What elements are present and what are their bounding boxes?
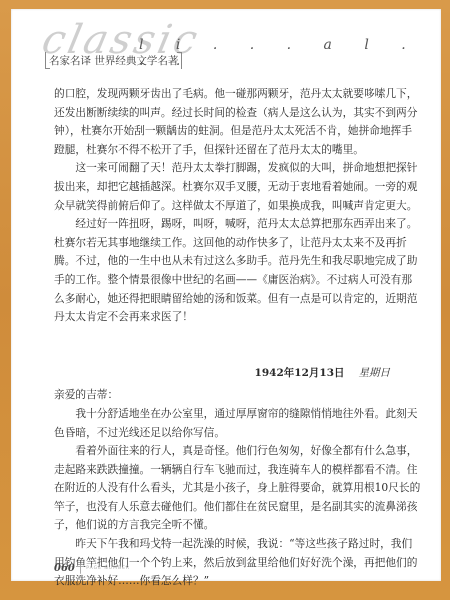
text-line: 经过好一阵扭呀，踢呀，叫呀，喊呀，范丹太太总算把那东西弄出来了。 xyxy=(54,215,394,234)
text-line: 腾。不过，他的一生中也从未有过这么多助手。范丹先生和我尽职地完成了助 xyxy=(54,252,394,271)
body-text: 的口腔，发现两颗牙齿出了毛病。他一碰那两颗牙，范丹太太就要哆嗦几下， 还发出断断… xyxy=(54,85,394,591)
footer-separator: | xyxy=(79,563,82,574)
text-line: 钟），杜赛尔开始刮一颗龋齿的蛀洞。但是范丹太太死活不肯，她拼命地挥手 xyxy=(54,122,394,141)
logo-dots-decoration: l i . . . a l . . . xyxy=(139,37,441,69)
text-line: 还发出断断续续的叫声。经过长时间的检查（病人是这么认为，其实不到两分 xyxy=(54,104,394,123)
text-line: 看着外面往来的行人，真是奇怪。他们行色匆匆，好像全都有什么急事， xyxy=(54,442,394,461)
text-line: 在附近的人没有什么看头，尤其是小孩子，身上脏得要命，就算用根10尺长的 xyxy=(54,479,394,498)
text-line: 手的工作。整个情景很像中世纪的名画——《庸医治病》。不过病人可没有那 xyxy=(54,271,394,290)
series-title: 名家名译 世界经典文学名著 xyxy=(45,52,182,69)
paragraph: 经过好一阵扭呀，踢呀，叫呀，喊呀，范丹太太总算把那东西弄出来了。 杜赛尔若无其事… xyxy=(54,215,394,327)
text-line: 拔出来，却把它越插越深。杜赛尔双手叉腰，无动于衷地看着她闹。一旁的观 xyxy=(54,178,394,197)
text-line: 衣服洗净补好……你看怎么样？” xyxy=(54,572,394,591)
text-line: 众早就笑得前俯后仰了。这样做太不厚道了，如果换成我，叫喊声肯定更大。 xyxy=(54,197,394,216)
book-page: classic l i . . . a l . . . 名家名译 世界经典文学名… xyxy=(11,9,441,581)
diary-dateline: 1942年12月13日星期日 xyxy=(54,364,394,383)
paragraph: 我十分舒适地坐在办公室里，通过厚厚窗帘的缝隙悄悄地往外看。此刻天 色昏暗，不过光… xyxy=(54,405,394,442)
text-line: 昨天下午我和玛戈特一起洗澡的时候，我说：“等这些孩子路过时，我们 xyxy=(54,535,394,554)
text-line: 竿子，也没有人乐意去碰他们。他们都住在贫民窟里，是名副其实的流鼻涕孩 xyxy=(54,498,394,517)
page-number-label: PAGE NUMBER xyxy=(86,566,130,571)
text-line: 蹬腿，杜赛尔不得不松开了手，但探针还留在了范丹太太的嘴里。 xyxy=(54,141,394,160)
diary-date: 1942年12月13日 xyxy=(255,367,345,379)
text-line: 么多耐心，她还得把眼睛留给她的汤和饭菜。但有一点是可以肯定的，近期范 xyxy=(54,290,394,309)
page-number: 060 xyxy=(54,563,75,574)
paragraph: 的口腔，发现两颗牙齿出了毛病。他一碰那两颗牙，范丹太太就要哆嗦几下， 还发出断断… xyxy=(54,85,394,159)
paragraph: 看着外面往来的行人，真是奇怪。他们行色匆匆，好像全都有什么急事， 走起路来跌跌撞… xyxy=(54,442,394,535)
text-line: 这一来可闹翻了天！范丹太太拳打脚踢，发疯似的大叫，拼命地想把探针 xyxy=(54,159,394,178)
salutation: 亲爱的吉蒂： xyxy=(54,386,394,405)
text-line: 子，他们说的方言我完全听不懂。 xyxy=(54,516,394,535)
page-footer: 060|PAGE NUMBER xyxy=(54,563,130,574)
text-line: 我十分舒适地坐在办公室里，通过厚厚窗帘的缝隙悄悄地往外看。此刻天 xyxy=(54,405,394,424)
text-line: 的口腔，发现两颗牙齿出了毛病。他一碰那两颗牙，范丹太太就要哆嗦几下， xyxy=(54,85,394,104)
text-line: 丹太太肯定不会再来求医了！ xyxy=(54,308,394,327)
paragraph: 这一来可闹翻了天！范丹太太拳打脚踢，发疯似的大叫，拼命地想把探针 拔出来，却把它… xyxy=(54,159,394,215)
text-line: 走起路来跌跌撞撞。一辆辆自行车飞驰而过，我连骑车人的模样都看不清。住 xyxy=(54,461,394,480)
text-line: 杜赛尔若无其事地继续工作。这回他的动作快多了，让范丹太太来不及再折 xyxy=(54,234,394,253)
text-line: 色昏暗，不过光线还足以给你写信。 xyxy=(54,424,394,443)
diary-weekday: 星期日 xyxy=(359,367,391,379)
